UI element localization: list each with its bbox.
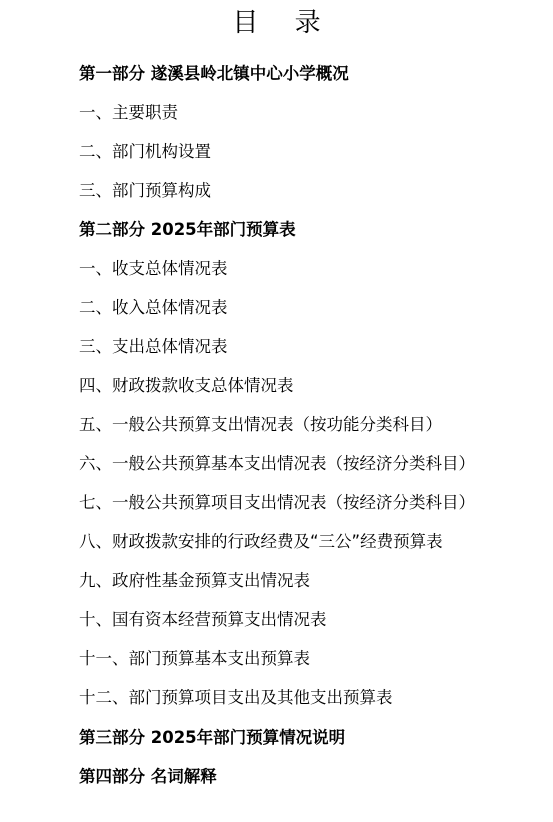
page-title: 目 录: [0, 6, 553, 40]
toc-item[interactable]: 十一、部门预算基本支出预算表: [79, 648, 310, 670]
toc-item[interactable]: 九、政府性基金预算支出情况表: [79, 570, 310, 592]
toc-item[interactable]: 一、主要职责: [79, 102, 178, 124]
toc-part-3[interactable]: 第三部分 2025年部门预算情况说明: [79, 727, 345, 749]
toc-item[interactable]: 二、收入总体情况表: [79, 297, 228, 319]
toc-item[interactable]: 十二、部门预算项目支出及其他支出预算表: [79, 687, 393, 709]
toc-part-4[interactable]: 第四部分 名词解释: [79, 766, 217, 788]
toc-item[interactable]: 三、部门预算构成: [79, 180, 211, 202]
toc-item[interactable]: 八、财政拨款安排的行政经费及“三公”经费预算表: [79, 531, 443, 553]
toc-part-2[interactable]: 第二部分 2025年部门预算表: [79, 219, 296, 241]
toc-item[interactable]: 七、一般公共预算项目支出情况表（按经济分类科目）: [79, 492, 475, 514]
toc-item[interactable]: 五、一般公共预算支出情况表（按功能分类科目）: [79, 414, 442, 436]
toc-part-1[interactable]: 第一部分 遂溪县岭北镇中心小学概况: [79, 63, 349, 85]
toc-item[interactable]: 六、一般公共预算基本支出情况表（按经济分类科目）: [79, 453, 475, 475]
toc-item[interactable]: 三、支出总体情况表: [79, 336, 228, 358]
toc-item[interactable]: 一、收支总体情况表: [79, 258, 228, 280]
toc-item[interactable]: 十、国有资本经营预算支出情况表: [79, 609, 327, 631]
toc-item[interactable]: 四、财政拨款收支总体情况表: [79, 375, 294, 397]
toc-item[interactable]: 二、部门机构设置: [79, 141, 211, 163]
